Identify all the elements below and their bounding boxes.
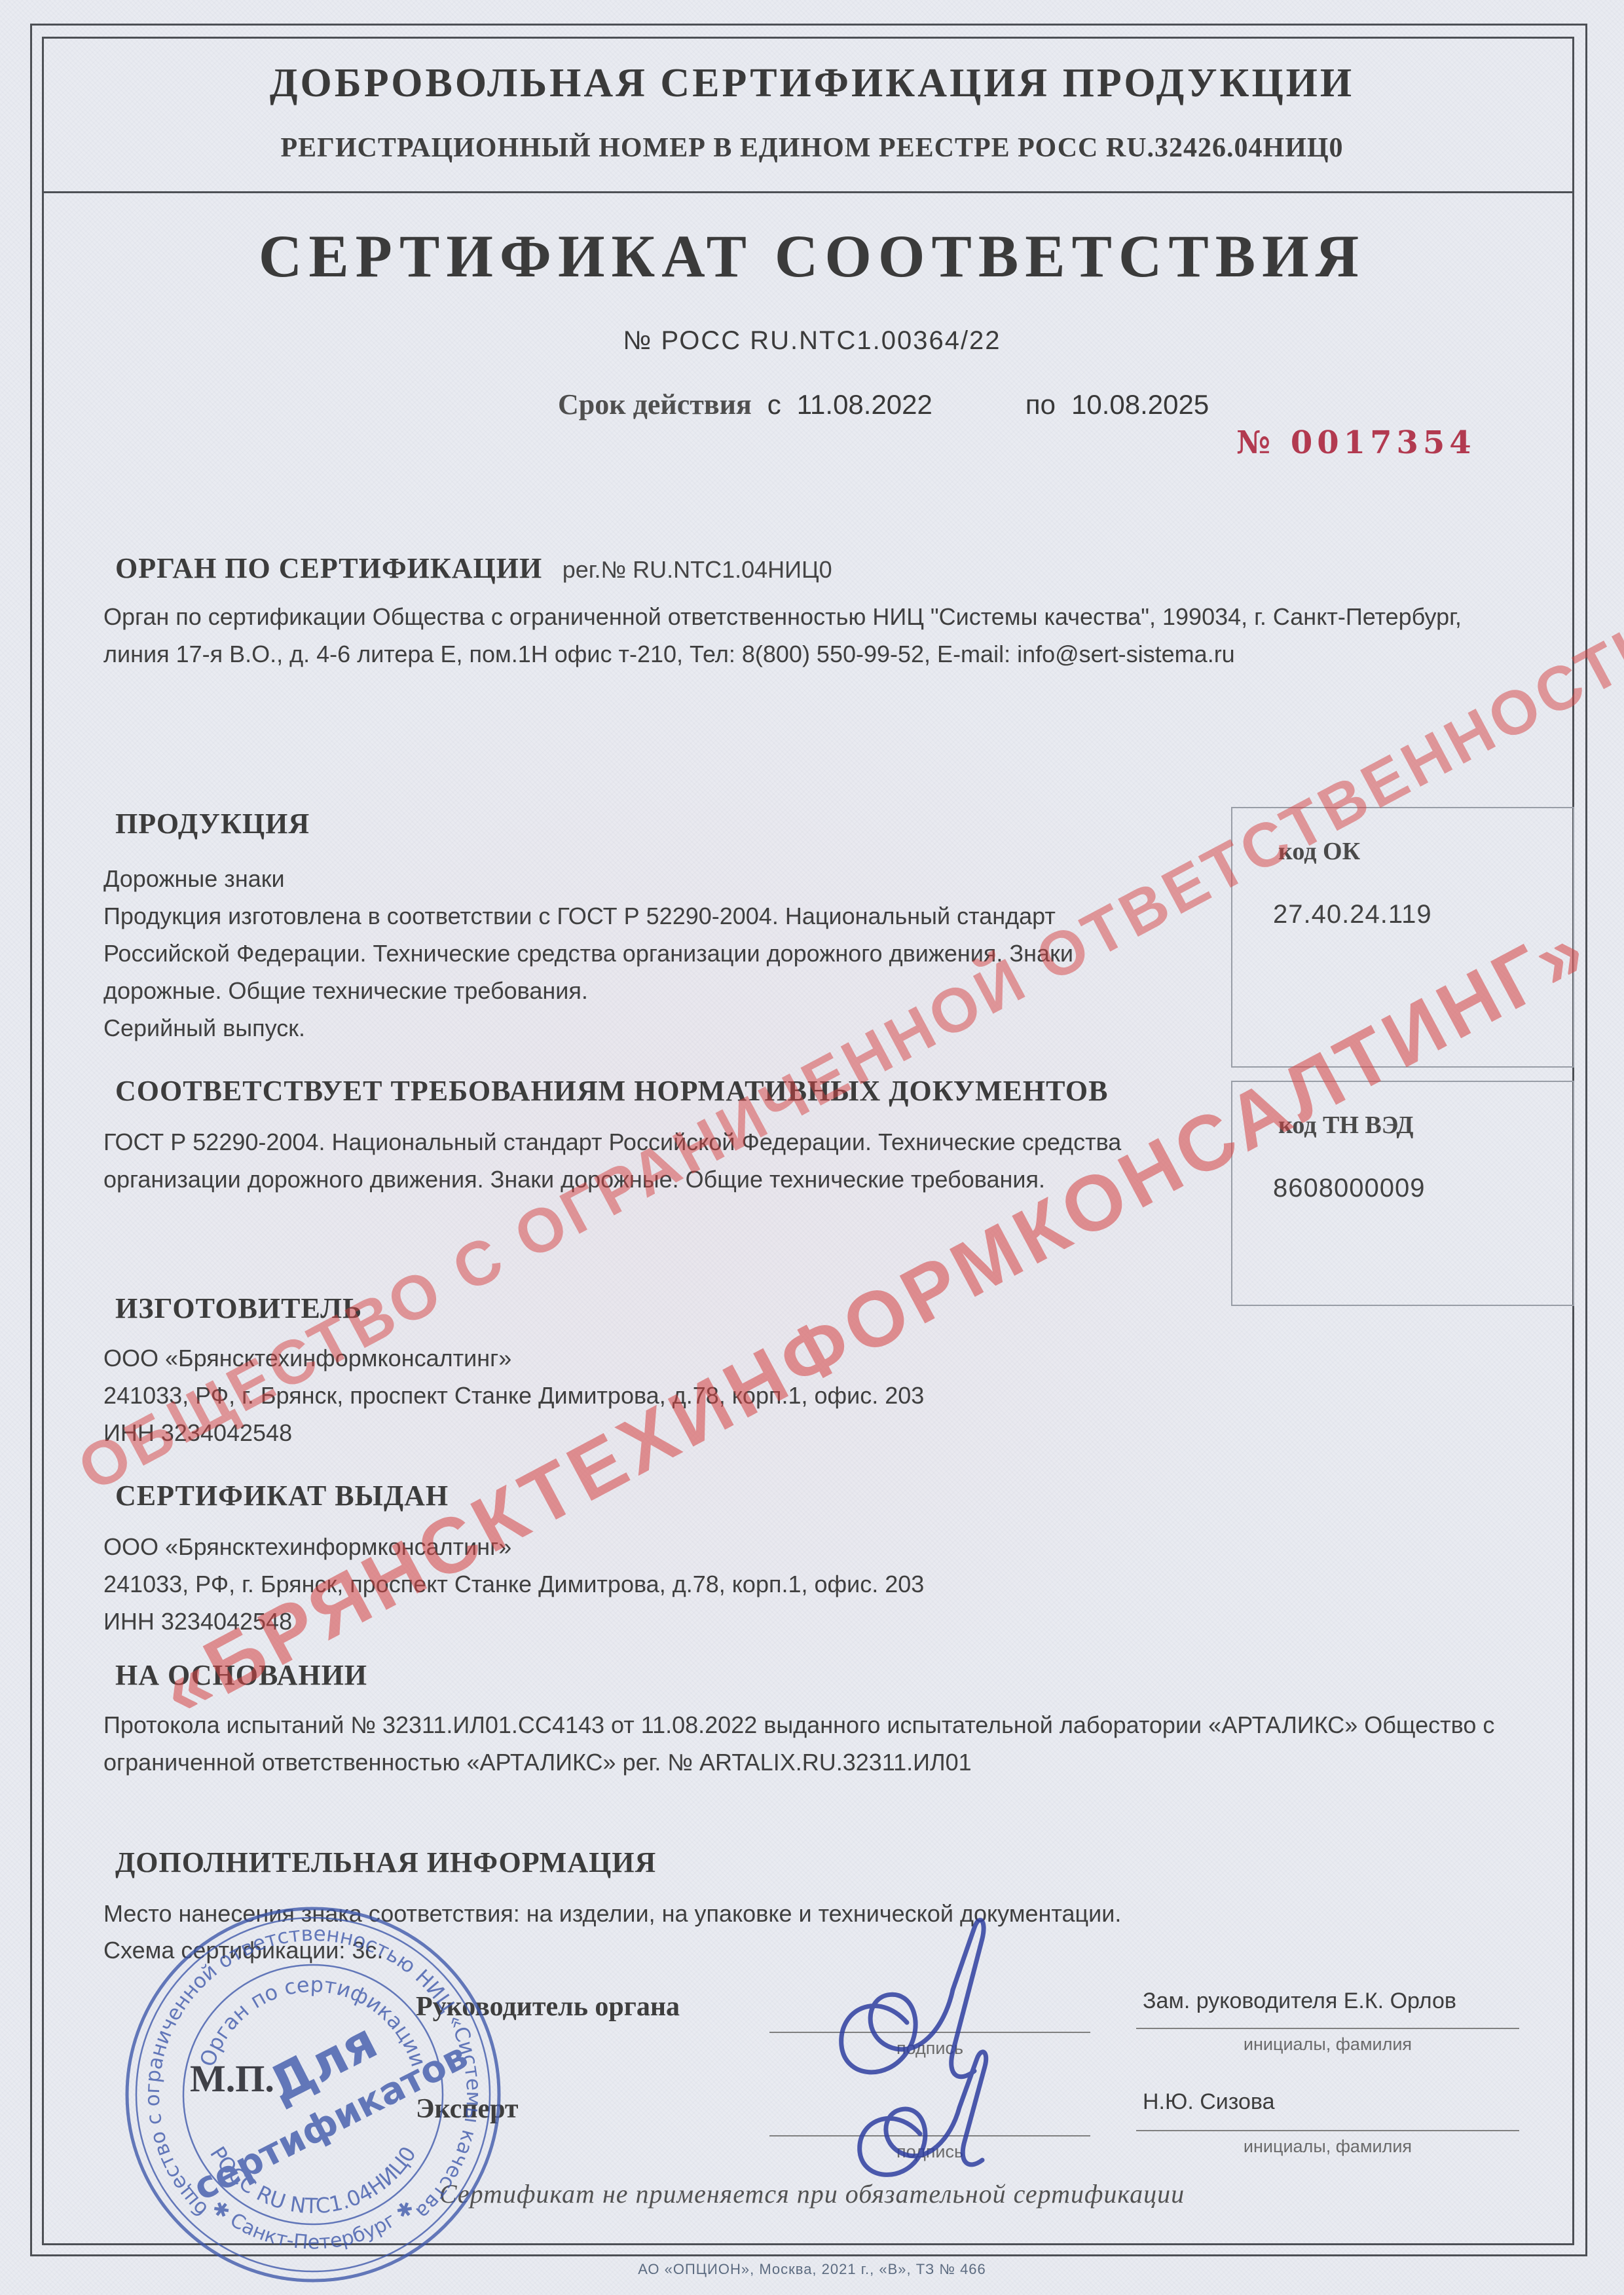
tnved-code-value: 8608000009 (1273, 1174, 1425, 1203)
basis-description: Протокола испытаний № 32311.ИЛ01.СС4143 … (103, 1707, 1538, 1782)
certificate-title: СЕРТИФИКАТ СООТВЕТСТВИЯ (0, 221, 1624, 291)
additional-info-heading: ДОПОЛНИТЕЛЬНАЯ ИНФОРМАЦИЯ (115, 1846, 656, 1879)
manufacturer-heading: ИЗГОТОВИТЕЛЬ (115, 1292, 362, 1325)
certification-body-heading-row: ОРГАН ПО СЕРТИФИКАЦИИ рег.№ RU.NTC1.04НИ… (115, 551, 832, 585)
expert-name-caption: инициалы, фамилия (1136, 2136, 1519, 2157)
tnved-code-label: код ТН ВЭД (1278, 1111, 1414, 1140)
issued-to-inn: ИНН 3234042548 (103, 1603, 1511, 1641)
manufacturer-name: ООО «Брянсктехинформконсалтинг» (103, 1340, 1511, 1377)
issued-to-block: ООО «Брянсктехинформконсалтинг» 241033, … (103, 1529, 1511, 1641)
product-heading: ПРОДУКЦИЯ (115, 807, 310, 840)
product-block: Дорожные знаки Продукция изготовлена в с… (103, 861, 1138, 1047)
ok-code-value: 27.40.24.119 (1273, 900, 1432, 929)
signature-stroke-head (841, 1920, 984, 2077)
head-signer-name: Зам. руководителя Е.К. Орлов (1143, 1988, 1456, 2014)
valid-to-prefix: по (1025, 389, 1056, 420)
stamp-seal: Общество с ограниченной ответственностью… (110, 1892, 516, 2295)
issued-to-address: 241033, РФ, г. Брянск, проспект Станке Д… (103, 1566, 1511, 1603)
valid-from-prefix: с (767, 389, 781, 420)
certificate-page: ДОБРОВОЛЬНАЯ СЕРТИФИКАЦИЯ ПРОДУКЦИИ РЕГИ… (0, 0, 1624, 2295)
manufacturer-block: ООО «Брянсктехинформконсалтинг» 241033, … (103, 1340, 1511, 1452)
header-divider (42, 191, 1574, 193)
issued-to-name: ООО «Брянсктехинформконсалтинг» (103, 1529, 1511, 1566)
product-name: Дорожные знаки (103, 861, 1138, 898)
compliance-description: ГОСТ Р 52290-2004. Национальный стандарт… (103, 1124, 1151, 1199)
ok-code-box: код ОК 27.40.24.119 (1231, 807, 1574, 1068)
validity-label: Срок действия (558, 388, 752, 421)
handwritten-signatures (753, 1911, 1120, 2219)
expert-name: Н.Ю. Сизова (1143, 2089, 1275, 2115)
issued-to-heading: СЕРТИФИКАТ ВЫДАН (115, 1479, 449, 1512)
head-name-rule (1136, 2028, 1519, 2029)
certification-body-heading: ОРГАН ПО СЕРТИФИКАЦИИ (115, 552, 542, 584)
certification-body-reg-number: рег.№ RU.NTC1.04НИЦ0 (563, 556, 832, 583)
expert-name-rule (1136, 2130, 1519, 2131)
certificate-number: № РОСС RU.NTC1.00364/22 (0, 326, 1624, 356)
tnved-code-box: код ТН ВЭД 8608000009 (1231, 1081, 1574, 1306)
validity-row: Срок действия с 11.08.2022 по 10.08.2025 (558, 388, 1209, 421)
ok-code-label: код ОК (1278, 837, 1360, 866)
basis-heading: НА ОСНОВАНИИ (115, 1658, 367, 1692)
product-description: Продукция изготовлена в соответствии с Г… (103, 898, 1138, 1010)
stamp-center-text: Для сертификатов (158, 1977, 475, 2209)
compliance-heading: СООТВЕТСТВУЕТ ТРЕБОВАНИЯМ НОРМАТИВНЫХ ДО… (115, 1074, 1109, 1108)
product-issue-type: Серийный выпуск. (103, 1010, 1138, 1047)
head-name-caption: инициалы, фамилия (1136, 2034, 1519, 2055)
valid-to-date: 10.08.2025 (1071, 389, 1209, 420)
blank-serial-number: № 0017354 (1236, 424, 1476, 461)
header-title: ДОБРОВОЛЬНАЯ СЕРТИФИКАЦИЯ ПРОДУКЦИИ (0, 60, 1624, 107)
header-registry-number: РЕГИСТРАЦИОННЫЙ НОМЕР В ЕДИНОМ РЕЕСТРЕ Р… (0, 132, 1624, 164)
valid-from-date: 11.08.2022 (797, 389, 932, 420)
manufacturer-address: 241033, РФ, г. Брянск, проспект Станке Д… (103, 1377, 1511, 1415)
manufacturer-inn: ИНН 3234042548 (103, 1415, 1511, 1452)
certification-body-details: Орган по сертификации Общества с огранич… (103, 599, 1511, 673)
